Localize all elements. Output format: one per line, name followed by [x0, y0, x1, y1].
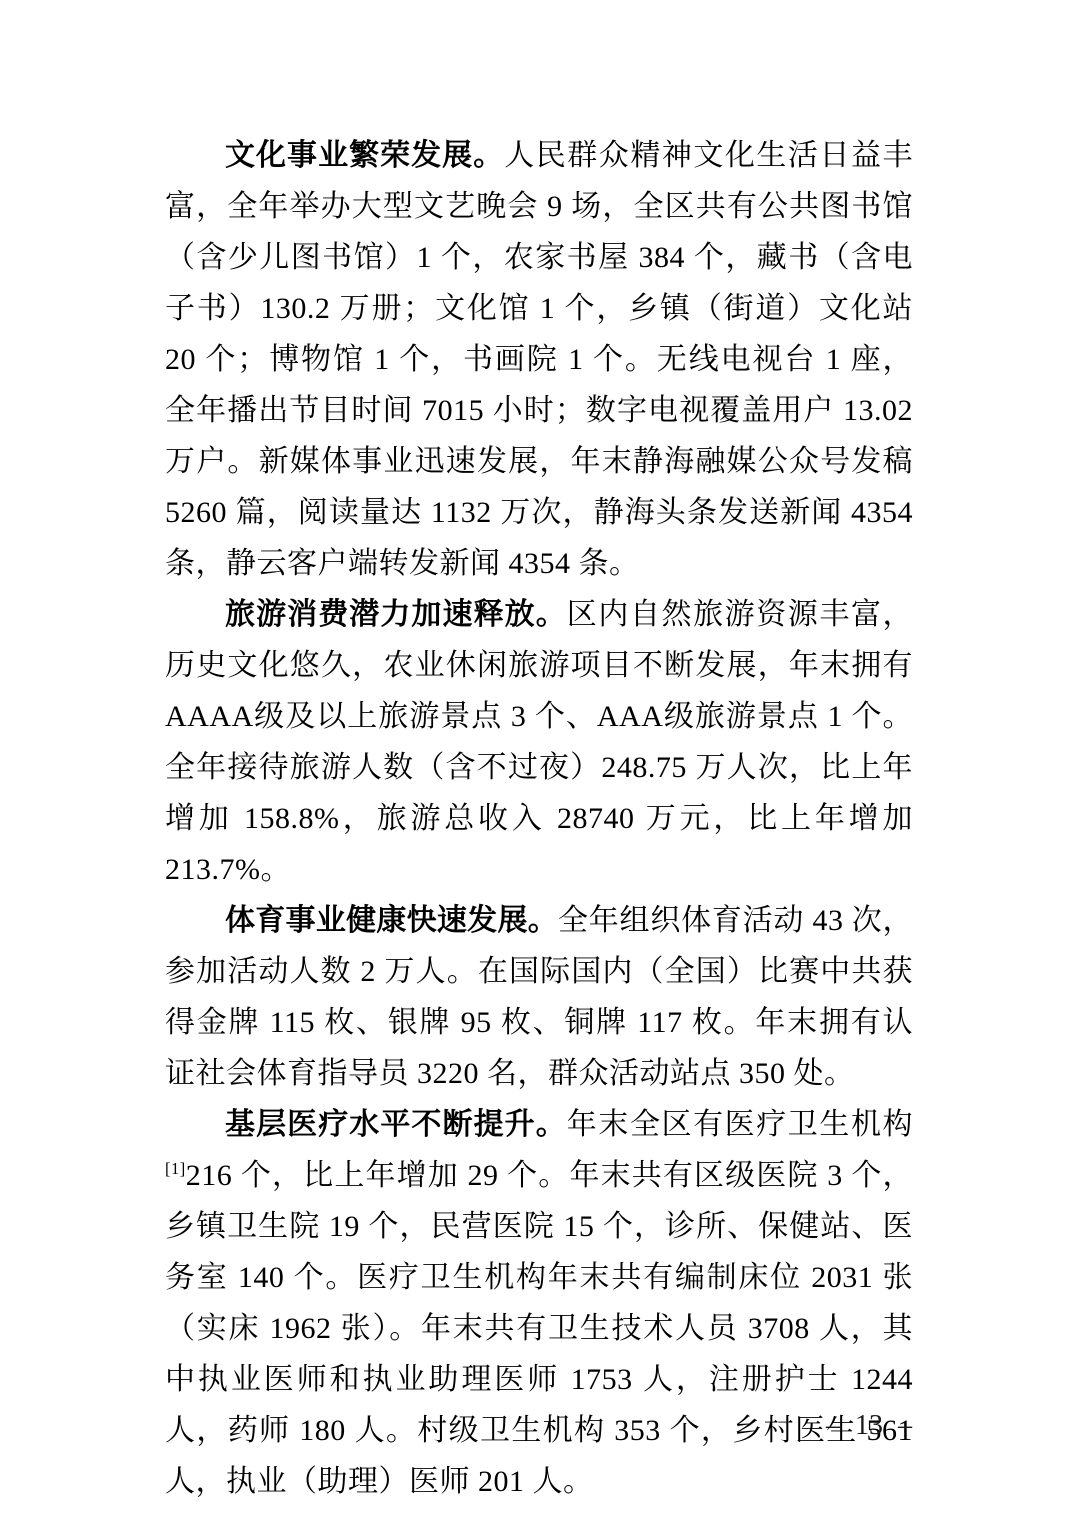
footnote-ref-1: [1] [165, 1159, 186, 1178]
paragraph-medical-text-post: 216 个，比上年增加 29 个。年末共有区级医院 3 个，乡镇卫生院 19 个… [165, 1159, 913, 1498]
document-body: 文化事业繁荣发展。人民群众精神文化生活日益丰富，全年举办大型文艺晚会 9 场，全… [165, 130, 913, 1507]
page-number-label: – 13 – [826, 1410, 912, 1441]
paragraph-sports: 体育事业健康快速发展。全年组织体育活动 43 次，参加活动人数 2 万人。在国际… [165, 895, 913, 1099]
paragraph-sports-heading: 体育事业健康快速发展。 [225, 904, 558, 937]
page-number: – 13 – [826, 1408, 912, 1444]
paragraph-medical-text-pre: 年末全区有医疗卫生机构 [567, 1108, 913, 1141]
paragraph-medical-heading: 基层医疗水平不断提升。 [225, 1108, 567, 1141]
paragraph-tourism-heading: 旅游消费潜力加速释放。 [225, 598, 567, 631]
paragraph-medical: 基层医疗水平不断提升。年末全区有医疗卫生机构[1]216 个，比上年增加 29 … [165, 1099, 913, 1507]
paragraph-tourism: 旅游消费潜力加速释放。区内自然旅游资源丰富，历史文化悠久，农业休闲旅游项目不断发… [165, 589, 913, 895]
paragraph-culture: 文化事业繁荣发展。人民群众精神文化生活日益丰富，全年举办大型文艺晚会 9 场，全… [165, 130, 913, 589]
paragraph-culture-heading: 文化事业繁荣发展。 [225, 139, 504, 172]
document-page: 文化事业繁荣发展。人民群众精神文化生活日益丰富，全年举办大型文艺晚会 9 场，全… [0, 0, 1074, 1520]
paragraph-culture-text: 人民群众精神文化生活日益丰富，全年举办大型文艺晚会 9 场，全区共有公共图书馆（… [165, 139, 913, 580]
paragraph-tourism-text: 区内自然旅游资源丰富，历史文化悠久，农业休闲旅游项目不断发展，年末拥有AAAA级… [165, 598, 913, 886]
